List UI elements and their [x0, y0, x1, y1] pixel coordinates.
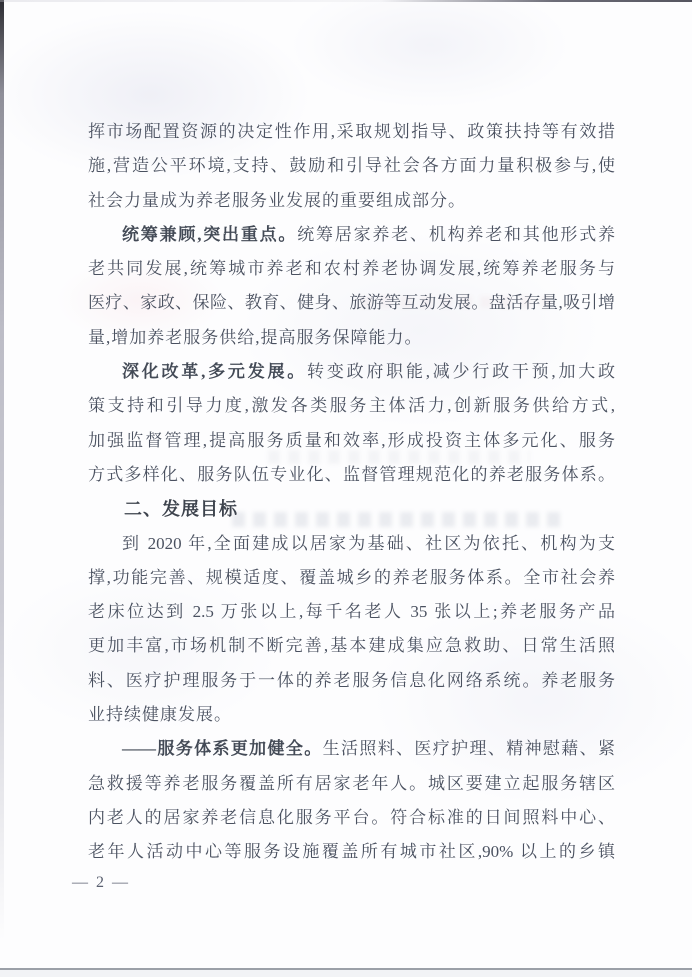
text-line: 加强监督管理,提高服务质量和效率,形成投资主体多元化、服务 — [88, 424, 615, 458]
text-line: 更加丰富,市场机制不断完善,基本建成集应急救助、日常生活照 — [88, 629, 615, 663]
text-line: 老床位达到 2.5 万张以上,每千名老人 35 张以上;养老服务产品 — [88, 595, 615, 629]
text-line: 量,增加养老服务供给,提高服务保障能力。 — [88, 321, 615, 355]
text-line-rest: 统筹居家养老、机构养老和其他形式养 — [297, 225, 615, 244]
document-body: 挥市场配置资源的决定性作用,采取规划指导、政策扶持等有效措 施,营造公平环境,支… — [88, 115, 615, 870]
text-line: 撑,功能完善、规模适度、覆盖城乡的养老服务体系。全市社会养 — [88, 561, 615, 595]
scan-edge-top — [0, 0, 692, 2]
text-line: 挥市场配置资源的决定性作用,采取规划指导、政策扶持等有效措 — [88, 115, 615, 149]
text-line: 策支持和引导力度,激发各类服务主体活力,创新服务供给方式, — [88, 389, 615, 423]
text-line: ——服务体系更加健全。生活照料、医疗护理、精神慰藉、紧 — [88, 732, 615, 766]
text-line: 老共同发展,统筹城市养老和农村养老协调发展,统筹养老服务与 — [88, 252, 615, 286]
page-number: — 2 — — [72, 870, 130, 896]
paragraph-lead: 统筹兼顾,突出重点。 — [122, 225, 297, 244]
section-heading: 二、发展目标 — [88, 492, 615, 526]
text-line: 施,营造公平环境,支持、鼓励和引导社会各方面力量积极参与,使 — [88, 149, 615, 183]
text-line: 到 2020 年,全面建成以居家为基础、社区为依托、机构为支 — [88, 527, 615, 561]
text-line: 急救援等养老服务覆盖所有居家老年人。城区要建立起服务辖区 — [88, 767, 615, 801]
text-line: 内老人的居家养老信息化服务平台。符合标准的日间照料中心、 — [88, 801, 615, 835]
text-line: 方式多样化、服务队伍专业化、监督管理规范化的养老服务体系。 — [88, 458, 615, 492]
text-line-rest: 转变政府职能,减少行政干预,加大政 — [307, 362, 615, 381]
text-line: 统筹兼顾,突出重点。统筹居家养老、机构养老和其他形式养 — [88, 218, 615, 252]
text-line: 料、医疗护理服务于一体的养老服务信息化网络系统。养老服务 — [88, 664, 615, 698]
scanned-page: 挥市场配置资源的决定性作用,采取规划指导、政策扶持等有效措 施,营造公平环境,支… — [0, 0, 692, 977]
scan-background-strip — [0, 970, 692, 977]
paragraph-lead: ——服务体系更加健全。 — [122, 739, 323, 758]
text-line: 医疗、家政、保险、教育、健身、旅游等互动发展。盘活存量,吸引增 — [88, 286, 615, 320]
text-line-rest: 生活照料、医疗护理、精神慰藉、紧 — [323, 739, 615, 758]
paragraph-lead: 深化改革,多元发展。 — [122, 362, 307, 381]
scan-edge-left — [0, 0, 4, 940]
text-line: 深化改革,多元发展。转变政府职能,减少行政干预,加大政 — [88, 355, 615, 389]
text-line: 社会力量成为养老服务业发展的重要组成部分。 — [88, 184, 615, 218]
text-line: 业持续健康发展。 — [88, 698, 615, 732]
text-line: 老年人活动中心等服务设施覆盖所有城市社区,90% 以上的乡镇 — [88, 835, 615, 869]
